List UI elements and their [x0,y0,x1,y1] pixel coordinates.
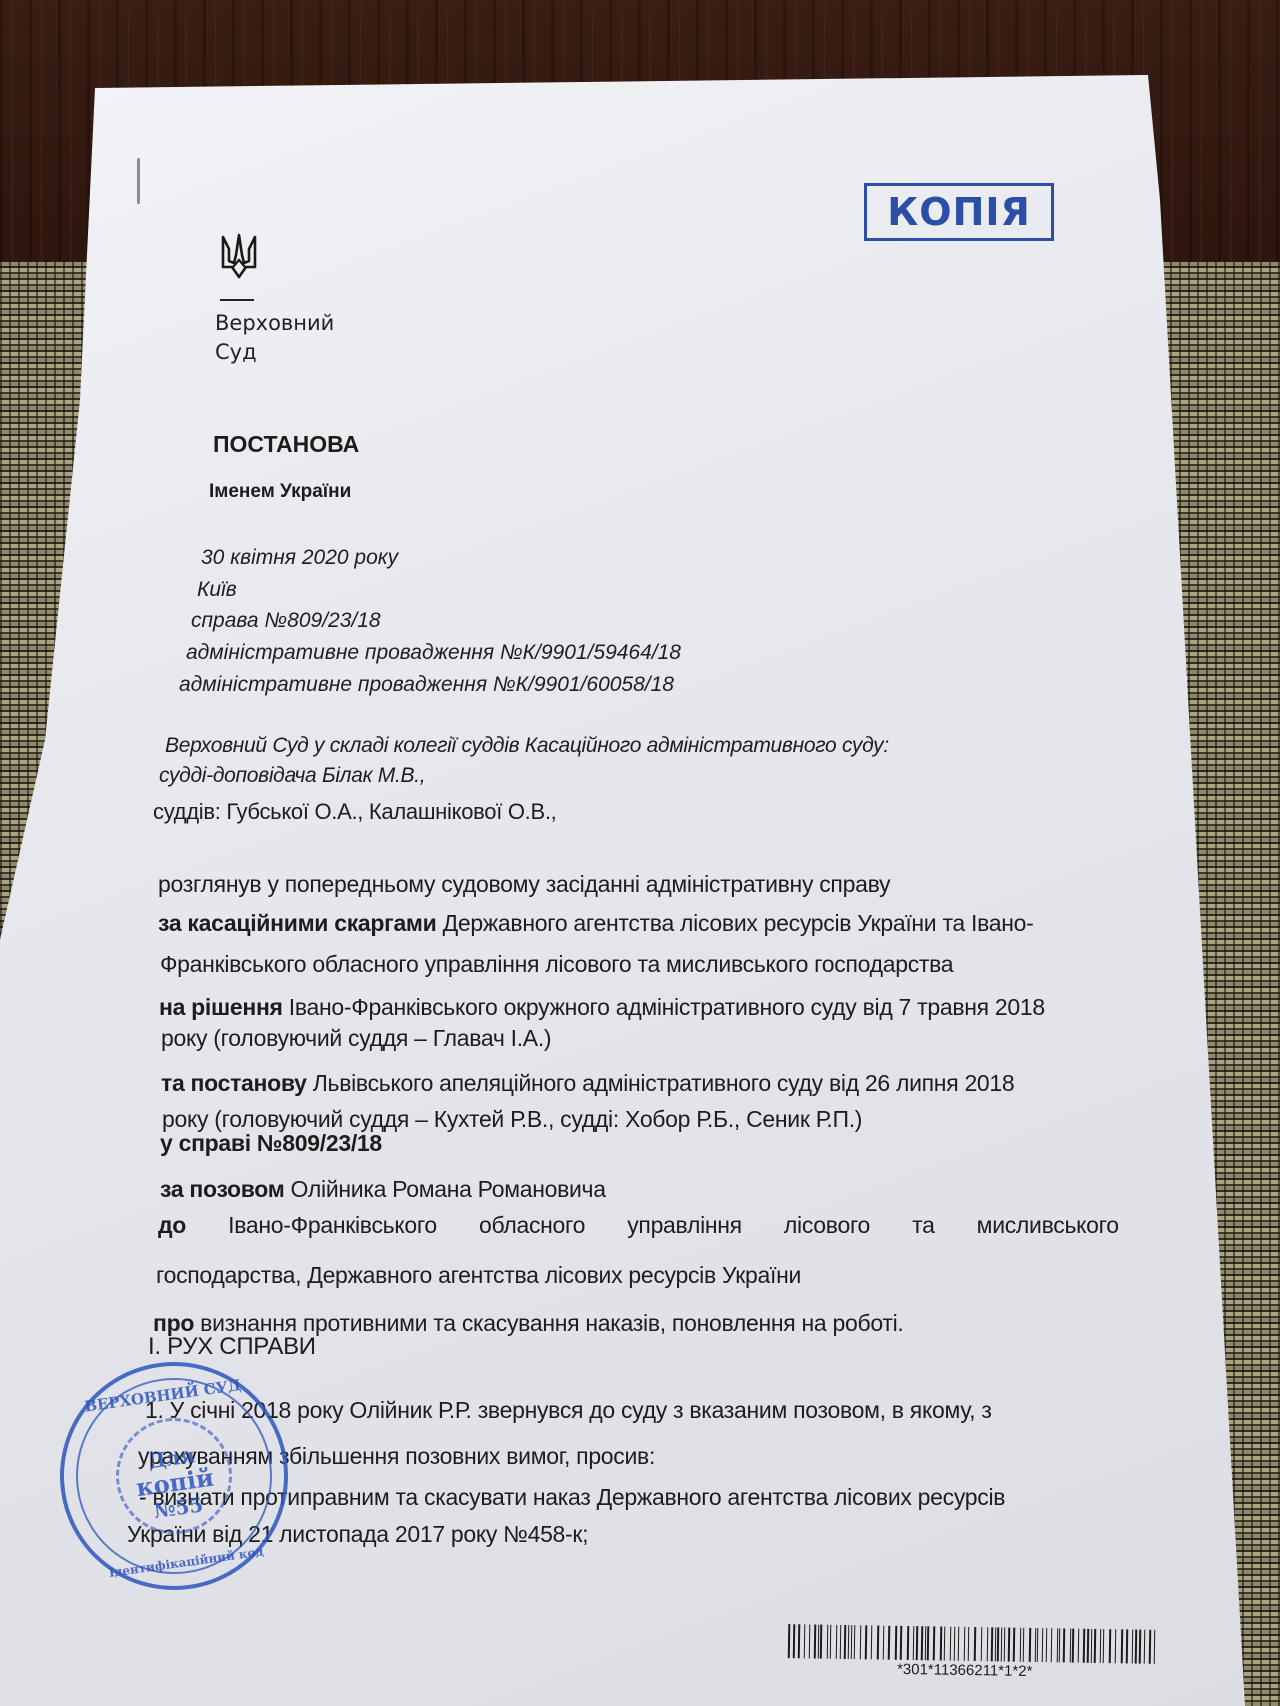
section-heading: І. РУХ СПРАВИ [148,1333,316,1361]
body-line-4: на рішення Івано-Франківського окружного… [159,994,1045,1021]
body-line-6: та постанову Львівського апеляційного ад… [161,1070,1014,1097]
body-line-3: Франківського обласного управління лісов… [160,951,953,978]
copy-stamp: КОПІЯ [864,183,1054,241]
body-line-9: за позовом Олійника Романа Романовича [160,1176,606,1203]
body-line-1: розглянув у попередньому судовому засіда… [158,871,890,898]
barcode [788,1624,1156,1664]
proceeding-number-2: адміністративне провадження №К/9901/6005… [179,673,674,697]
body-line-7: року (головуючий суддя – Кухтей Р.В., су… [162,1106,862,1133]
document-title: ПОСТАНОВА [213,431,359,458]
composition-line-2: судді-доповідача Білак М.В., [159,764,425,788]
document-page: Верховний Суд КОПІЯ ПОСТАНОВА Іменем Укр… [0,0,1280,1706]
document-city: Київ [197,578,237,602]
document-subtitle: Іменем України [209,481,351,503]
body-line-5: року (головуючий суддя – Главач І.А.) [161,1025,551,1052]
body-line-8: у справі №809/23/18 [160,1130,382,1157]
emblem-divider [220,299,254,301]
composition-line-3: суддів: Губської О.А., Калашнікової О.В.… [153,799,556,825]
body-line-10: до Івано-Франківського обласного управлі… [158,1212,1119,1239]
proceeding-number-1: адміністративне провадження №К/9901/5946… [186,641,681,665]
composition-line-1: Верховний Суд у складі колегії суддів Ка… [165,734,889,758]
court-seal-stamp: ВЕРХОВНИЙ СУД Для копій №55 Ідентифікаці… [45,1347,303,1605]
ukraine-trident-emblem-icon [220,233,258,281]
barcode-number: *301*11366211*1*2* [897,1661,1033,1680]
case-number: справа №809/23/18 [191,609,381,633]
body-line-2: за касаційними скаргами Державного агент… [158,910,1034,937]
staple [137,158,140,204]
court-name: Верховний Суд [215,309,334,367]
body-line-11: господарства, Державного агентства лісов… [156,1262,801,1289]
document-date: 30 квітня 2020 року [201,546,398,570]
